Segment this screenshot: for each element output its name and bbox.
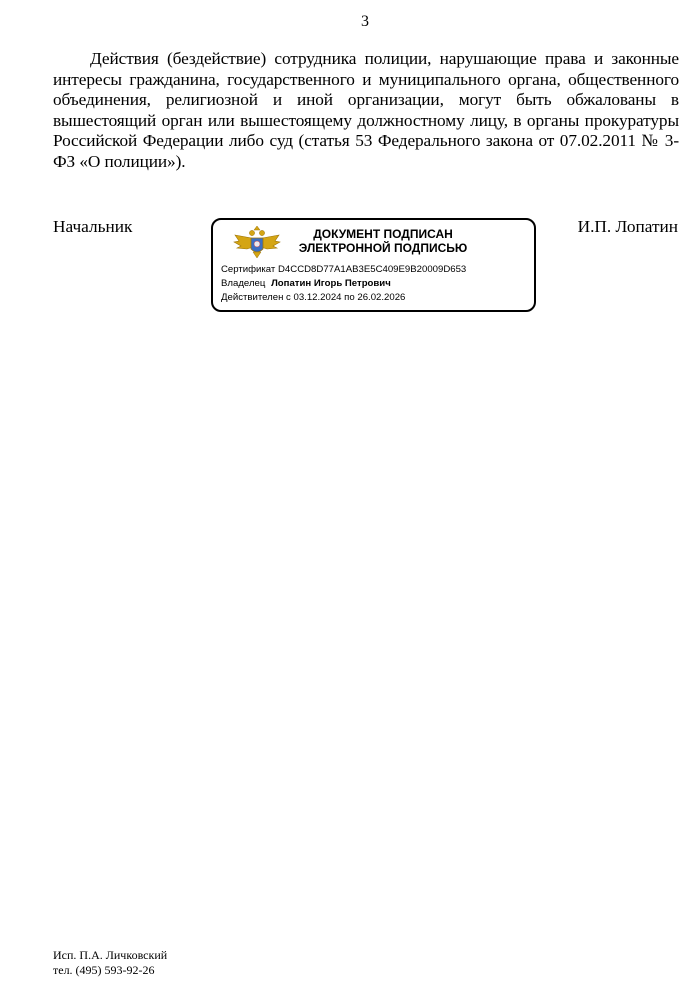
executor-name: Исп. П.А. Личковский [53, 948, 167, 963]
stamp-certificate: Сертификат D4CCD8D77A1AB3E5C409E9B20009D… [221, 264, 466, 276]
executor-footer: Исп. П.А. Личковский тел. (495) 593-92-2… [53, 948, 167, 978]
executor-phone: тел. (495) 593-92-26 [53, 963, 167, 978]
signer-position: Начальник [53, 217, 132, 237]
stamp-validity: Действителен с 03.12.2024 по 26.02.2026 [221, 292, 405, 304]
page-number: 3 [0, 13, 698, 31]
signer-name: И.П. Лопатин [578, 217, 678, 237]
electronic-signature-stamp: ДОКУМЕНТ ПОДПИСАН ЭЛЕКТРОННОЙ ПОДПИСЬЮ С… [211, 218, 536, 312]
owner-label: Владелец [221, 278, 265, 289]
stamp-heading: ДОКУМЕНТ ПОДПИСАН ЭЛЕКТРОННОЙ ПОДПИСЬЮ [273, 227, 493, 255]
certificate-value: D4CCD8D77A1AB3E5C409E9B20009D653 [278, 264, 466, 275]
stamp-heading-line1: ДОКУМЕНТ ПОДПИСАН [273, 227, 493, 241]
stamp-owner: Владелец Лопатин Игорь Петрович [221, 278, 391, 290]
certificate-label: Сертификат [221, 264, 275, 275]
owner-value: Лопатин Игорь Петрович [271, 278, 391, 289]
body-paragraph: Действия (бездействие) сотрудника полици… [53, 49, 679, 172]
stamp-heading-line2: ЭЛЕКТРОННОЙ ПОДПИСЬЮ [273, 241, 493, 255]
